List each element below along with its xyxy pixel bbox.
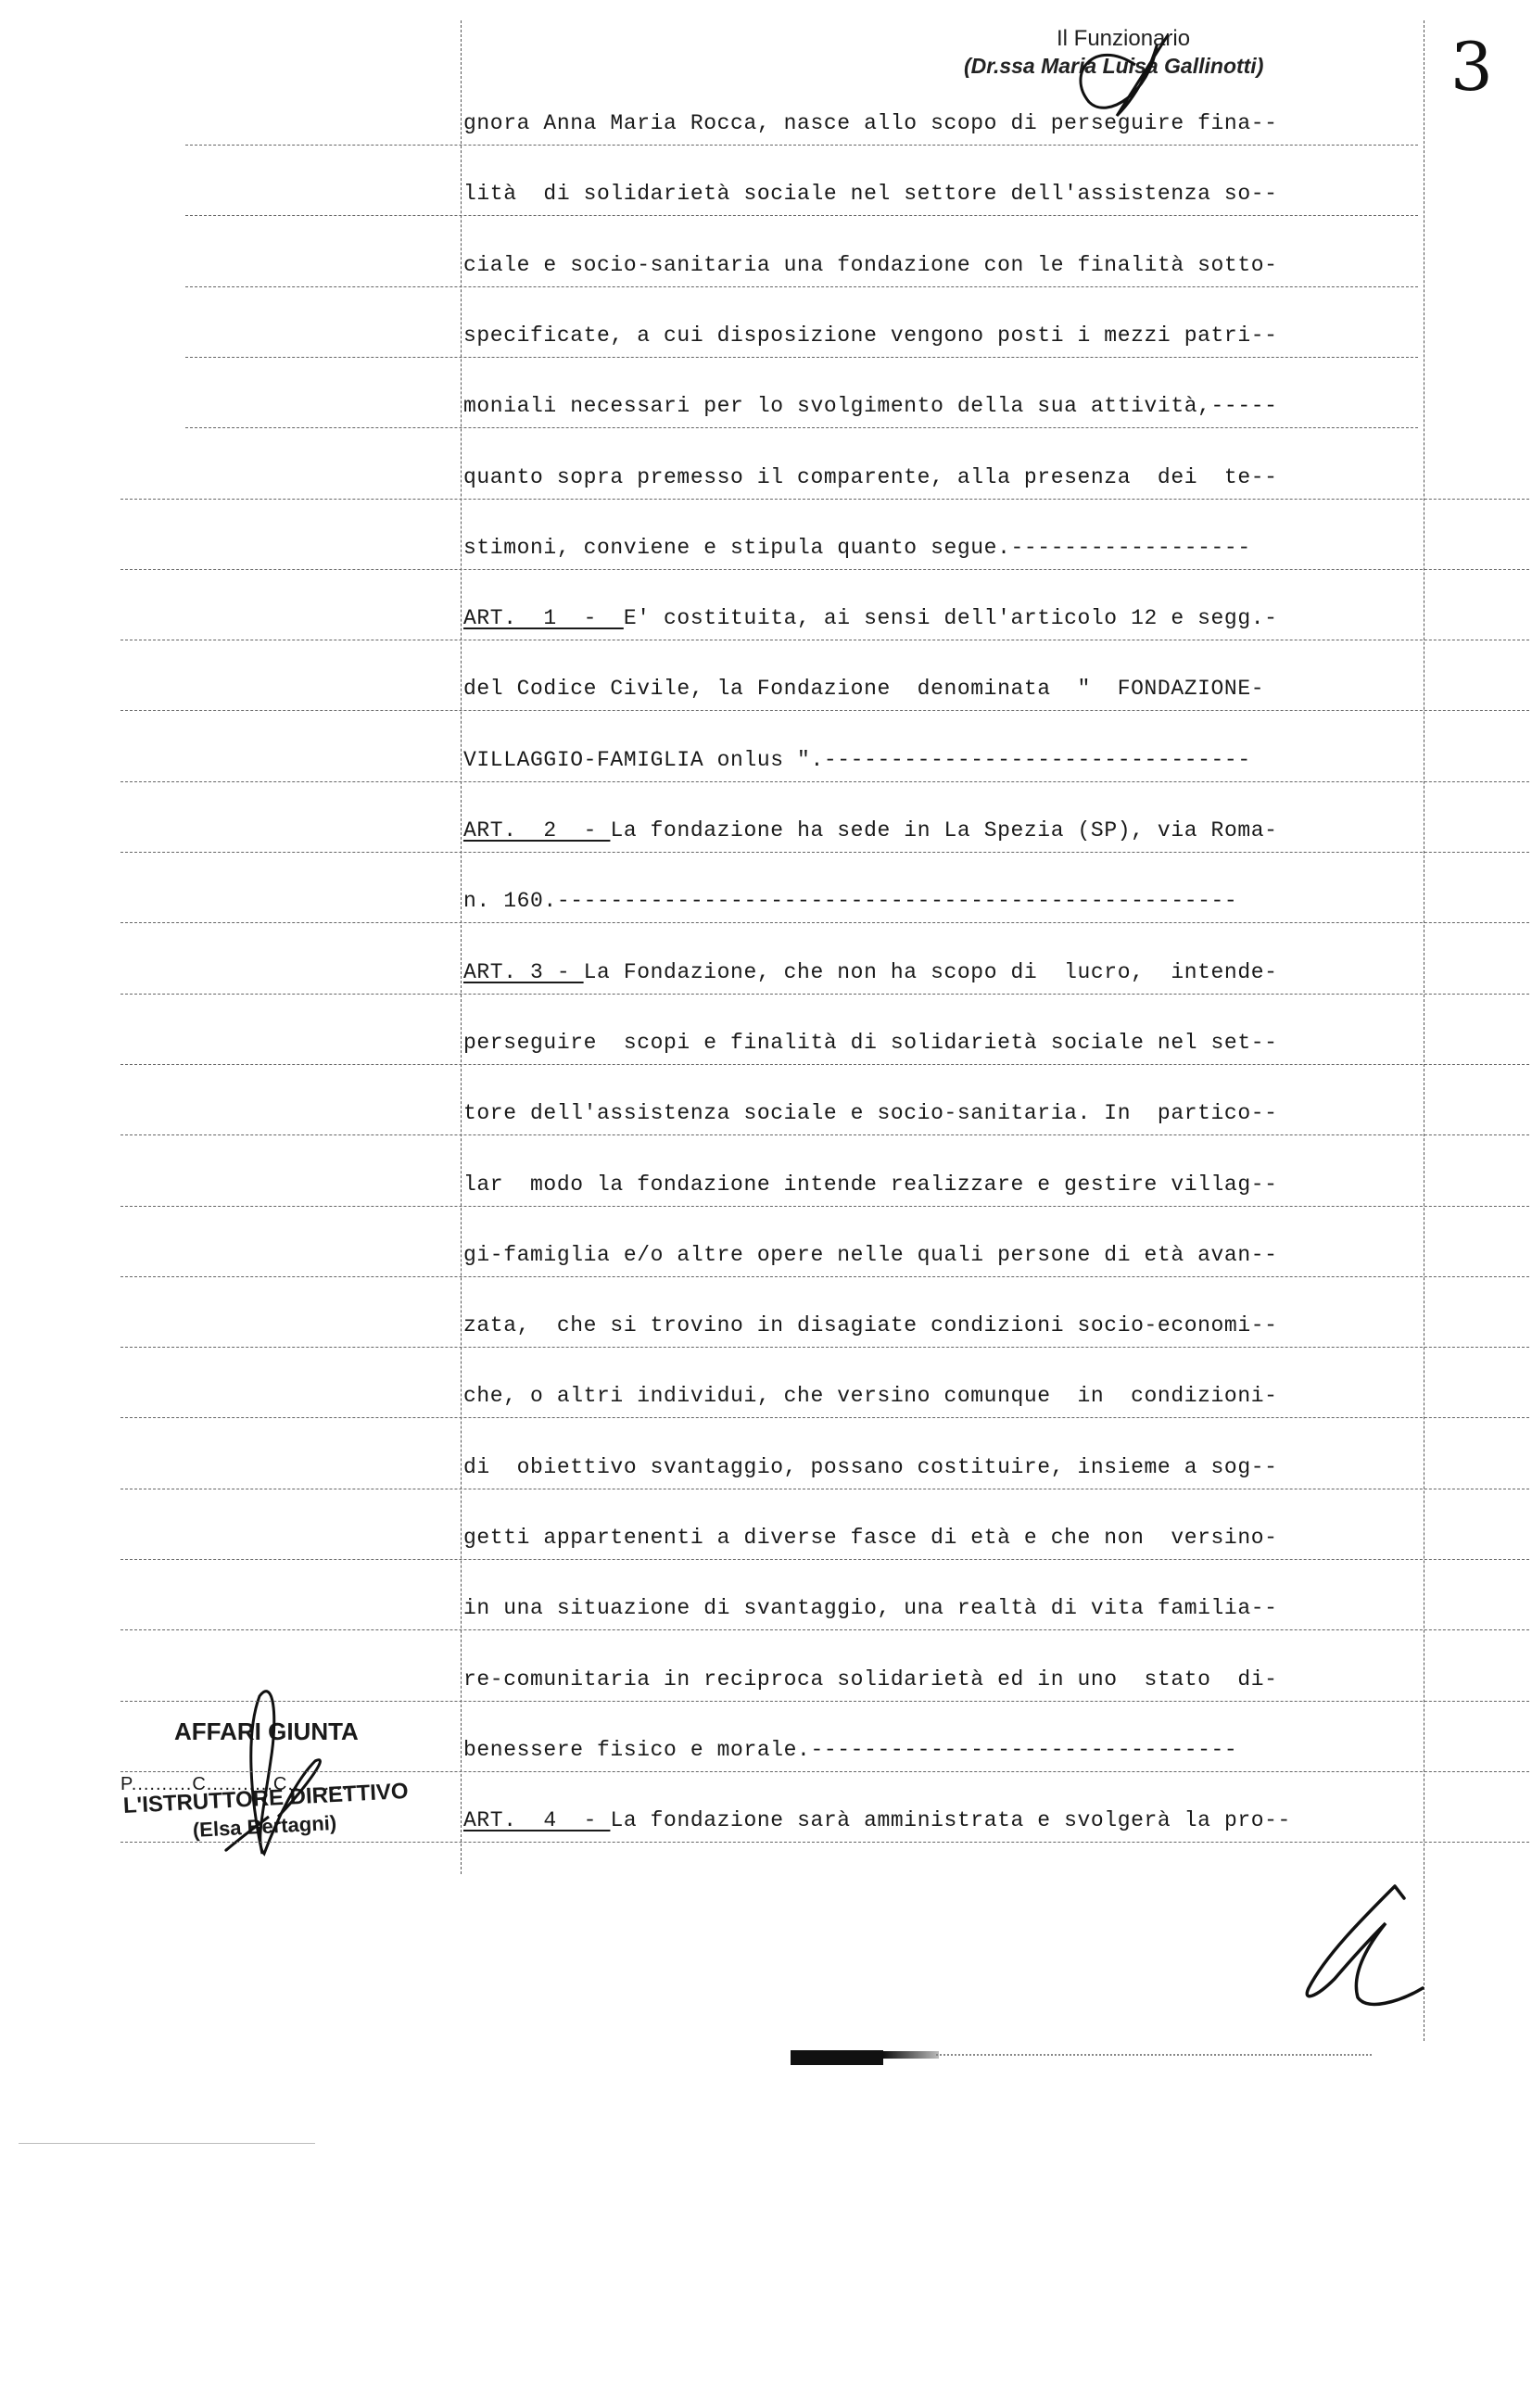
ruled-line <box>120 922 1529 923</box>
ruled-line <box>185 215 1418 216</box>
ruled-line <box>120 1064 1529 1065</box>
scan-artifact-trail <box>936 2054 1372 2056</box>
initials-icon <box>1307 1886 1423 2004</box>
ruled-line <box>120 499 1529 500</box>
ruled-line <box>120 781 1529 782</box>
ruled-line <box>120 1347 1529 1348</box>
ruled-line <box>185 427 1418 428</box>
ruled-line <box>185 286 1418 287</box>
ruled-line <box>120 994 1529 995</box>
ruled-line <box>120 1629 1529 1630</box>
ruled-line <box>120 1701 1529 1702</box>
ruled-line <box>120 1771 1529 1772</box>
handwritten-marks <box>0 0 1532 2408</box>
ruled-line <box>185 357 1418 358</box>
ruled-line <box>120 1276 1529 1277</box>
ruled-line <box>120 1417 1529 1418</box>
signature-stamp-icon <box>226 1692 321 1854</box>
ruled-line <box>120 640 1529 640</box>
ruled-line <box>120 1489 1529 1489</box>
ruled-line <box>120 1134 1529 1135</box>
ruled-line <box>120 569 1529 570</box>
signature-top-icon <box>1081 35 1168 116</box>
scan-artifact-bar <box>791 2050 883 2065</box>
ruled-line <box>120 1559 1529 1560</box>
ruled-line <box>120 710 1529 711</box>
scan-margin-line <box>19 2143 315 2144</box>
scan-artifact-fade <box>883 2051 939 2059</box>
ruled-line <box>185 145 1418 146</box>
ruled-line <box>120 1842 1529 1843</box>
ruled-line <box>120 852 1529 853</box>
ruled-line <box>120 1206 1529 1207</box>
